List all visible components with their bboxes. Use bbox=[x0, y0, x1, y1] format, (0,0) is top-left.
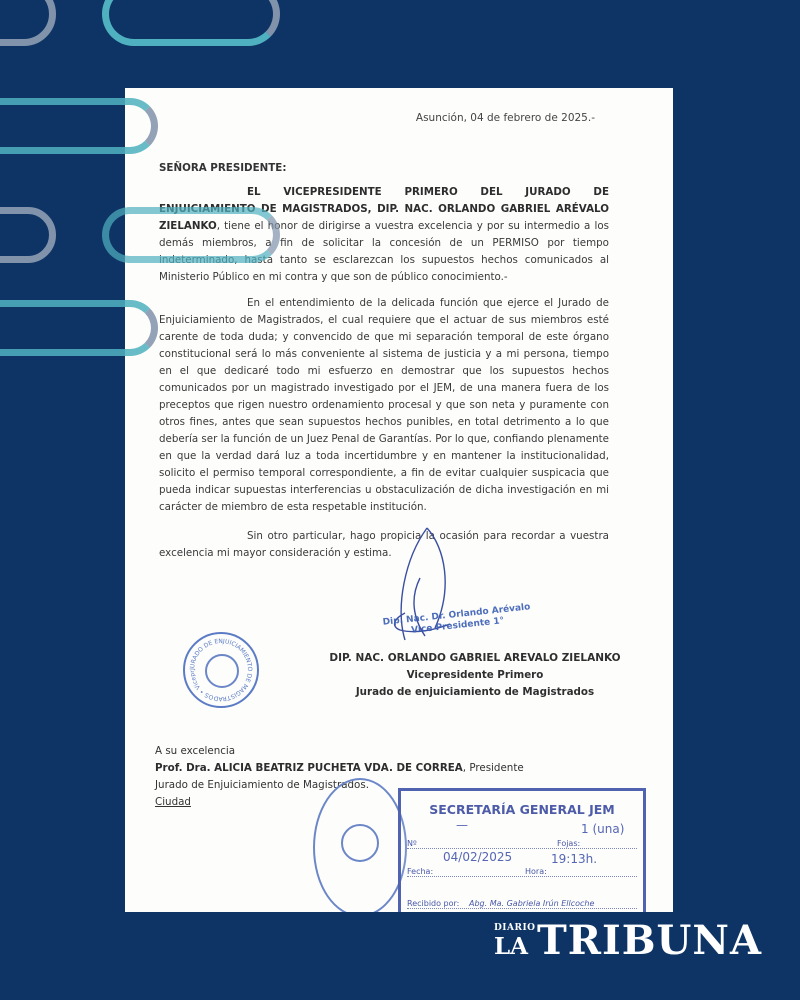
fojas-value: 1 (una) bbox=[581, 821, 624, 838]
salutation: SEÑORA PRESIDENTE: bbox=[159, 160, 286, 177]
seal-emblem-icon bbox=[205, 654, 239, 688]
signatory-block: DIP. NAC. ORLANDO GABRIEL AREVALO ZIELAN… bbox=[325, 650, 625, 701]
hora-value: 19:13h. bbox=[551, 851, 597, 868]
official-seal: JURADO DE ENJUICIAMIENTO DE MAGISTRADOS … bbox=[183, 632, 259, 708]
fecha-value: 04/02/2025 bbox=[443, 849, 512, 866]
reception-row-received: Recibido por: Abg. Ma. Gabriela Irún Ell… bbox=[407, 895, 637, 909]
reception-row-date: Fecha: Hora: bbox=[407, 863, 637, 877]
recipient-name: Prof. Dra. ALICIA BEATRIZ PUCHETA VDA. D… bbox=[155, 762, 463, 774]
decorative-pill bbox=[0, 0, 56, 46]
seal-star-emblem-icon bbox=[341, 824, 379, 862]
paragraph-request: EL VICEPRESIDENTE PRIMERO DEL JURADO DE … bbox=[159, 184, 609, 286]
signatory-institution: Jurado de enjuiciamiento de Magistrados bbox=[325, 684, 625, 701]
reception-stamp-title: SECRETARÍA GENERAL JEM bbox=[401, 801, 643, 818]
oval-seal bbox=[313, 778, 407, 912]
signatory-name: DIP. NAC. ORLANDO GABRIEL AREVALO ZIELAN… bbox=[325, 650, 625, 667]
document-page: Asunción, 04 de febrero de 2025.- SEÑORA… bbox=[125, 88, 673, 912]
signatory-role: Vicepresidente Primero bbox=[325, 667, 625, 684]
document-date: Asunción, 04 de febrero de 2025.- bbox=[416, 110, 595, 127]
decorative-pill bbox=[0, 207, 56, 263]
paragraph-reasoning: En el entendimiento de la delicada funci… bbox=[159, 295, 609, 516]
decorative-pill bbox=[102, 0, 280, 46]
reception-stamp: SECRETARÍA GENERAL JEM Nº Fojas: — 1 (un… bbox=[398, 788, 646, 912]
